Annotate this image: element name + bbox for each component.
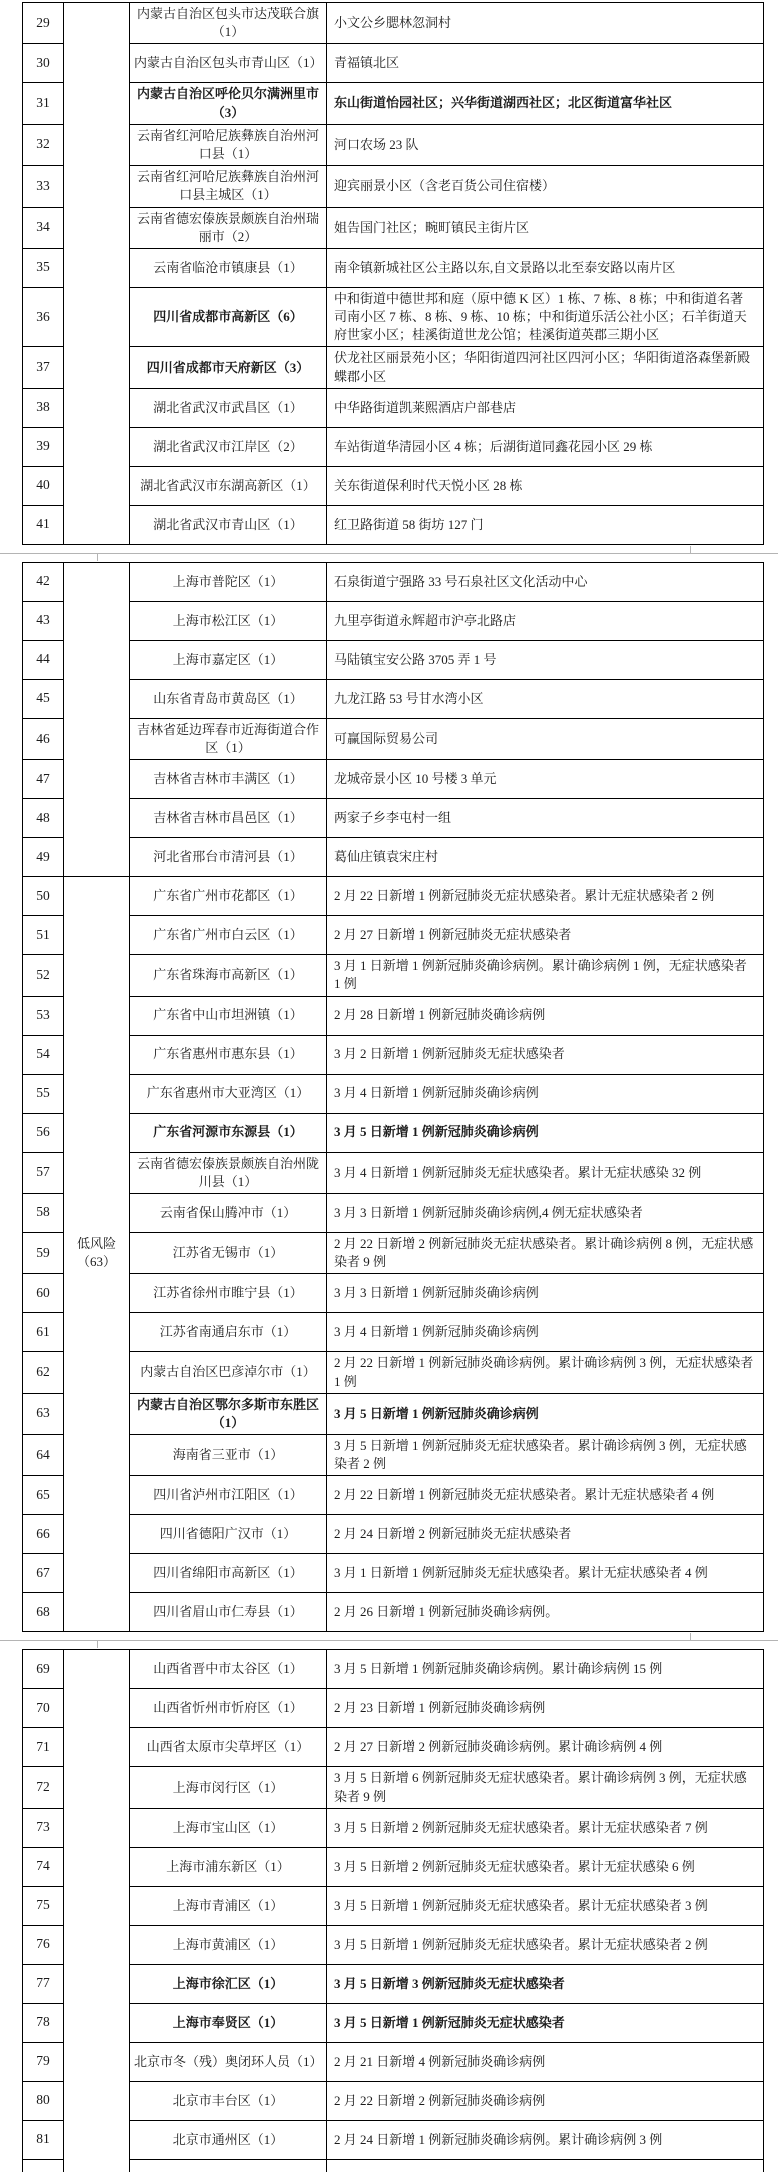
location-cell: 内蒙古自治区呼伦贝尔满洲里市（3） bbox=[130, 83, 327, 124]
detail-cell: 2 月 27 日新增 2 例新冠肺炎确诊病例。累计确诊病例 4 例 bbox=[327, 1728, 764, 1767]
table-row: 81 北京市通州区（1） 2 月 24 日新增 1 例新冠肺炎确诊病例。累计确诊… bbox=[23, 2120, 764, 2159]
location-cell: 江苏省南通启东市（1） bbox=[130, 1313, 327, 1352]
row-number-cell: 79 bbox=[23, 2042, 64, 2081]
table-row: 55 广东省惠州市大亚湾区（1） 3 月 4 日新增 1 例新冠肺炎确诊病例 bbox=[23, 1074, 764, 1113]
risk-category-cell bbox=[64, 1689, 130, 1728]
location-cell: 广东省河源市东源县（1） bbox=[130, 1113, 327, 1152]
location-cell: 湖北省武汉市青山区（1） bbox=[130, 505, 327, 544]
table-row: 56 广东省河源市东源县（1） 3 月 5 日新增 1 例新冠肺炎确诊病例 bbox=[23, 1113, 764, 1152]
risk-category-cell bbox=[64, 760, 130, 799]
risk-category-cell bbox=[64, 1886, 130, 1925]
table-row: 67 四川省绵阳市高新区（1） 3 月 1 日新增 1 例新冠肺炎无症状感染者。… bbox=[23, 1554, 764, 1593]
table-row: 64 海南省三亚市（1） 3 月 5 日新增 1 例新冠肺炎无症状感染者。累计确… bbox=[23, 1435, 764, 1476]
risk-category-cell bbox=[64, 1554, 130, 1593]
page-break-marker bbox=[0, 1632, 778, 1649]
risk-category-cell bbox=[64, 799, 130, 838]
row-number-cell: 61 bbox=[23, 1313, 64, 1352]
risk-category-cell bbox=[64, 83, 130, 124]
detail-cell: 3 月 4 日新增 1 例新冠肺炎确诊病例 bbox=[327, 1074, 764, 1113]
location-cell: 四川省成都市天府新区（3） bbox=[130, 347, 327, 388]
table-row: 53 广东省中山市坦洲镇（1） 2 月 28 日新增 1 例新冠肺炎确诊病例 bbox=[23, 996, 764, 1035]
detail-cell: 3 月 5 日新增 1 例新冠肺炎无症状感染者。累计无症状感染者 2 例 bbox=[327, 1925, 764, 1964]
detail-cell: 2 月 24 日新增 2 例新冠肺炎无症状感染者 bbox=[327, 1515, 764, 1554]
table-row: 40 湖北省武汉市东湖高新区（1） 关东街道保利时代天悦小区 28 栋 bbox=[23, 466, 764, 505]
row-number-cell: 58 bbox=[23, 1193, 64, 1232]
location-cell: 湖北省武汉市武昌区（1） bbox=[130, 388, 327, 427]
detail-cell: 东山街道怡园社区；兴华街道湖西社区；北区街道富华社区 bbox=[327, 83, 764, 124]
page-break-line bbox=[0, 1640, 778, 1641]
page-break-line bbox=[0, 553, 778, 554]
detail-cell: 3 月 5 日新增 6 例新冠肺炎无症状感染者。累计确诊病例 3 例，无症状感染… bbox=[327, 1767, 764, 1808]
detail-cell: 伏龙社区丽景苑小区；华阳街道四河社区四河小区；华阳街道洛森堡新殿蝶郡小区 bbox=[327, 347, 764, 388]
detail-cell: 3 月 4 日新增 1 例新冠肺炎无症状感染者。累计无症状感染 32 例 bbox=[327, 1152, 764, 1193]
page-break-marker bbox=[0, 545, 778, 562]
table-row: 31 内蒙古自治区呼伦贝尔满洲里市（3） 东山街道怡园社区；兴华街道湖西社区；北… bbox=[23, 83, 764, 124]
risk-category-cell bbox=[64, 388, 130, 427]
location-cell: 北京市丰台区（1） bbox=[130, 2081, 327, 2120]
risk-category-cell bbox=[64, 1515, 130, 1554]
detail-cell: 3 月 5 日新增 2 例新冠肺炎无症状感染者。累计无症状感染 6 例 bbox=[327, 1847, 764, 1886]
table-row: 71 山西省太原市尖草坪区（1） 2 月 27 日新增 2 例新冠肺炎确诊病例。… bbox=[23, 1728, 764, 1767]
table-row: 42 上海市普陀区（1） 石泉街道宁强路 33 号石泉社区文化活动中心 bbox=[23, 562, 764, 601]
location-cell: 上海市徐汇区（1） bbox=[130, 1964, 327, 2003]
detail-cell: 2 月 26 日新增 1 例新冠肺炎确诊病例。 bbox=[327, 1593, 764, 1632]
row-number-cell: 49 bbox=[23, 838, 64, 877]
detail-cell: 姐告国门社区；畹町镇民主街片区 bbox=[327, 207, 764, 248]
location-cell: 广东省珠海市高新区（1） bbox=[130, 955, 327, 996]
detail-cell: 石泉街道宁强路 33 号石泉社区文化活动中心 bbox=[327, 562, 764, 601]
risk-category-cell bbox=[64, 1925, 130, 1964]
location-cell: 吉林省吉林市昌邑区（1） bbox=[130, 799, 327, 838]
detail-cell bbox=[327, 2159, 764, 2172]
location-cell bbox=[130, 2159, 327, 2172]
detail-cell: 龙城帝景小区 10 号楼 3 单元 bbox=[327, 760, 764, 799]
row-number-cell: 38 bbox=[23, 388, 64, 427]
table-row: 47 吉林省吉林市丰满区（1） 龙城帝景小区 10 号楼 3 单元 bbox=[23, 760, 764, 799]
row-number-cell: 62 bbox=[23, 1352, 64, 1393]
row-number-cell: 44 bbox=[23, 640, 64, 679]
location-cell: 云南省红河哈尼族彝族自治州河口县（1） bbox=[130, 124, 327, 165]
table-row: 63 内蒙古自治区鄂尔多斯市东胜区（1） 3 月 5 日新增 1 例新冠肺炎确诊… bbox=[23, 1393, 764, 1434]
location-cell: 海南省三亚市（1） bbox=[130, 1435, 327, 1476]
location-cell: 湖北省武汉市江岸区（2） bbox=[130, 427, 327, 466]
table-row: 36 四川省成都市高新区（6） 中和街道中德世邦和庭（原中德 K 区）1 栋、7… bbox=[23, 287, 764, 347]
risk-category-cell bbox=[64, 427, 130, 466]
row-number-cell bbox=[23, 2159, 64, 2172]
detail-cell: 小文公乡腮林忽洞村 bbox=[327, 3, 764, 44]
location-cell: 河北省邢台市清河县（1） bbox=[130, 838, 327, 877]
detail-cell: 九里亭街道永辉超市沪亭北路店 bbox=[327, 601, 764, 640]
location-cell: 云南省红河哈尼族彝族自治州河口县主城区（1） bbox=[130, 166, 327, 207]
risk-category-cell bbox=[64, 877, 130, 916]
document-page: 29 内蒙古自治区包头市达茂联合旗（1） 小文公乡腮林忽洞村 30 内蒙古自治区… bbox=[0, 0, 778, 2172]
risk-category-cell bbox=[64, 166, 130, 207]
location-cell: 山东省青岛市黄岛区（1） bbox=[130, 679, 327, 718]
row-number-cell: 33 bbox=[23, 166, 64, 207]
detail-cell: 3 月 5 日新增 1 例新冠肺炎无症状感染者。累计确诊病例 3 例，无症状感染… bbox=[327, 1435, 764, 1476]
location-cell: 北京市冬（残）奥闭环人员（1） bbox=[130, 2042, 327, 2081]
location-cell: 广东省广州市白云区（1） bbox=[130, 916, 327, 955]
row-number-cell: 45 bbox=[23, 679, 64, 718]
location-cell: 湖北省武汉市东湖高新区（1） bbox=[130, 466, 327, 505]
detail-cell: 中华路街道凯莱熙酒店户部巷店 bbox=[327, 388, 764, 427]
location-cell: 上海市宝山区（1） bbox=[130, 1808, 327, 1847]
detail-cell: 可赢国际贸易公司 bbox=[327, 718, 764, 759]
table-row: 30 内蒙古自治区包头市青山区（1） 青福镇北区 bbox=[23, 44, 764, 83]
location-cell: 云南省德宏傣族景颇族自治州瑞丽市（2） bbox=[130, 207, 327, 248]
risk-category-cell bbox=[64, 466, 130, 505]
table-row: 46 吉林省延边珲春市近海街道合作区（1） 可赢国际贸易公司 bbox=[23, 718, 764, 759]
page-break-tick-left bbox=[97, 553, 98, 561]
detail-cell: 3 月 5 日新增 1 例新冠肺炎确诊病例 bbox=[327, 1113, 764, 1152]
detail-cell: 河口农场 23 队 bbox=[327, 124, 764, 165]
row-number-cell: 51 bbox=[23, 916, 64, 955]
detail-cell: 2 月 28 日新增 1 例新冠肺炎确诊病例 bbox=[327, 996, 764, 1035]
location-cell: 广东省广州市花都区（1） bbox=[130, 877, 327, 916]
risk-category-cell bbox=[64, 505, 130, 544]
row-number-cell: 47 bbox=[23, 760, 64, 799]
location-cell: 上海市闵行区（1） bbox=[130, 1767, 327, 1808]
row-number-cell: 64 bbox=[23, 1435, 64, 1476]
row-number-cell: 48 bbox=[23, 799, 64, 838]
location-cell: 四川省绵阳市高新区（1） bbox=[130, 1554, 327, 1593]
table-row: 61 江苏省南通启东市（1） 3 月 4 日新增 1 例新冠肺炎确诊病例 bbox=[23, 1313, 764, 1352]
row-number-cell: 53 bbox=[23, 996, 64, 1035]
risk-category-cell bbox=[64, 1593, 130, 1632]
risk-category-cell bbox=[64, 1476, 130, 1515]
detail-cell: 3 月 1 日新增 1 例新冠肺炎确诊病例。累计确诊病例 1 例，无症状感染者 … bbox=[327, 955, 764, 996]
location-cell: 内蒙古自治区包头市青山区（1） bbox=[130, 44, 327, 83]
table-row: 39 湖北省武汉市江岸区（2） 车站街道华清园小区 4 栋；后湖街道同鑫花园小区… bbox=[23, 427, 764, 466]
location-cell: 广东省中山市坦洲镇（1） bbox=[130, 996, 327, 1035]
location-cell: 云南省临沧市镇康县（1） bbox=[130, 248, 327, 287]
row-number-cell: 55 bbox=[23, 1074, 64, 1113]
row-number-cell: 76 bbox=[23, 1925, 64, 1964]
location-cell: 吉林省延边珲春市近海街道合作区（1） bbox=[130, 718, 327, 759]
risk-category-cell bbox=[64, 1313, 130, 1352]
risk-category-cell bbox=[64, 2159, 130, 2172]
detail-cell: 3 月 3 日新增 1 例新冠肺炎确诊病例 bbox=[327, 1274, 764, 1313]
table-row: 59 低风险 （63） 江苏省无锡市（1） 2 月 22 日新增 2 例新冠肺炎… bbox=[23, 1232, 764, 1273]
table-row: 43 上海市松江区（1） 九里亭街道永辉超市沪亭北路店 bbox=[23, 601, 764, 640]
location-cell: 上海市奉贤区（1） bbox=[130, 2003, 327, 2042]
risk-area-table-segment-2: 42 上海市普陀区（1） 石泉街道宁强路 33 号石泉社区文化活动中心 43 上… bbox=[22, 562, 764, 1633]
location-cell: 四川省德阳广汉市（1） bbox=[130, 1515, 327, 1554]
table-row bbox=[23, 2159, 764, 2172]
detail-cell: 南伞镇新城社区公主路以东,自文景路以北至泰安路以南片区 bbox=[327, 248, 764, 287]
detail-cell: 2 月 21 日新增 4 例新冠肺炎确诊病例 bbox=[327, 2042, 764, 2081]
table-row: 54 广东省惠州市惠东县（1） 3 月 2 日新增 1 例新冠肺炎无症状感染者 bbox=[23, 1035, 764, 1074]
detail-cell: 2 月 22 日新增 2 例新冠肺炎确诊病例 bbox=[327, 2081, 764, 2120]
table-row: 65 四川省泸州市江阳区（1） 2 月 22 日新增 1 例新冠肺炎无症状感染者… bbox=[23, 1476, 764, 1515]
row-number-cell: 35 bbox=[23, 248, 64, 287]
row-number-cell: 59 bbox=[23, 1232, 64, 1273]
detail-cell: 3 月 5 日新增 3 例新冠肺炎无症状感染者 bbox=[327, 1964, 764, 2003]
risk-category-cell bbox=[64, 3, 130, 44]
table-row: 58 云南省保山腾冲市（1） 3 月 3 日新增 1 例新冠肺炎确诊病例,4 例… bbox=[23, 1193, 764, 1232]
table-row: 77 上海市徐汇区（1） 3 月 5 日新增 3 例新冠肺炎无症状感染者 bbox=[23, 1964, 764, 2003]
detail-cell: 2 月 23 日新增 1 例新冠肺炎确诊病例 bbox=[327, 1689, 764, 1728]
row-number-cell: 65 bbox=[23, 1476, 64, 1515]
table-row: 51 广东省广州市白云区（1） 2 月 27 日新增 1 例新冠肺炎无症状感染者 bbox=[23, 916, 764, 955]
row-number-cell: 52 bbox=[23, 955, 64, 996]
table-row: 80 北京市丰台区（1） 2 月 22 日新增 2 例新冠肺炎确诊病例 bbox=[23, 2081, 764, 2120]
table-row: 52 广东省珠海市高新区（1） 3 月 1 日新增 1 例新冠肺炎确诊病例。累计… bbox=[23, 955, 764, 996]
detail-cell: 2 月 22 日新增 1 例新冠肺炎无症状感染者。累计无症状感染者 2 例 bbox=[327, 877, 764, 916]
table-segment-3-wrap: 69 山西省晋中市太谷区（1） 3 月 5 日新增 1 例新冠肺炎确诊病例。累计… bbox=[0, 1649, 778, 2171]
row-number-cell: 56 bbox=[23, 1113, 64, 1152]
table-row: 50 广东省广州市花都区（1） 2 月 22 日新增 1 例新冠肺炎无症状感染者… bbox=[23, 877, 764, 916]
detail-cell: 中和街道中德世邦和庭（原中德 K 区）1 栋、7 栋、8 栋；中和街道名著司南小… bbox=[327, 287, 764, 347]
table-row: 48 吉林省吉林市昌邑区（1） 两家子乡李屯村一组 bbox=[23, 799, 764, 838]
row-number-cell: 67 bbox=[23, 1554, 64, 1593]
row-number-cell: 68 bbox=[23, 1593, 64, 1632]
risk-category-cell bbox=[64, 1193, 130, 1232]
location-cell: 广东省惠州市大亚湾区（1） bbox=[130, 1074, 327, 1113]
detail-cell: 3 月 5 日新增 1 例新冠肺炎无症状感染者。累计无症状感染者 3 例 bbox=[327, 1886, 764, 1925]
risk-category-cell bbox=[64, 1035, 130, 1074]
risk-category-cell bbox=[64, 838, 130, 877]
row-number-cell: 74 bbox=[23, 1847, 64, 1886]
risk-category-cell bbox=[64, 44, 130, 83]
risk-category-cell bbox=[64, 916, 130, 955]
risk-category-cell bbox=[64, 1393, 130, 1434]
risk-category-cell bbox=[64, 601, 130, 640]
table-row: 76 上海市黄浦区（1） 3 月 5 日新增 1 例新冠肺炎无症状感染者。累计无… bbox=[23, 1925, 764, 1964]
row-number-cell: 72 bbox=[23, 1767, 64, 1808]
location-cell: 上海市普陀区（1） bbox=[130, 562, 327, 601]
location-cell: 云南省保山腾冲市（1） bbox=[130, 1193, 327, 1232]
row-number-cell: 50 bbox=[23, 877, 64, 916]
table-row: 33 云南省红河哈尼族彝族自治州河口县主城区（1） 迎宾丽景小区（含老百货公司住… bbox=[23, 166, 764, 207]
risk-category-cell bbox=[64, 287, 130, 347]
risk-category-cell bbox=[64, 1152, 130, 1193]
detail-cell: 迎宾丽景小区（含老百货公司住宿楼） bbox=[327, 166, 764, 207]
location-cell: 山西省忻州市忻府区（1） bbox=[130, 1689, 327, 1728]
row-number-cell: 41 bbox=[23, 505, 64, 544]
detail-cell: 3 月 4 日新增 1 例新冠肺炎确诊病例 bbox=[327, 1313, 764, 1352]
row-number-cell: 69 bbox=[23, 1650, 64, 1689]
location-cell: 四川省泸州市江阳区（1） bbox=[130, 1476, 327, 1515]
row-number-cell: 37 bbox=[23, 347, 64, 388]
detail-cell: 2 月 22 日新增 1 例新冠肺炎无症状感染者。累计无症状感染者 4 例 bbox=[327, 1476, 764, 1515]
table-row: 68 四川省眉山市仁寿县（1） 2 月 26 日新增 1 例新冠肺炎确诊病例。 bbox=[23, 1593, 764, 1632]
risk-area-table-segment-3: 69 山西省晋中市太谷区（1） 3 月 5 日新增 1 例新冠肺炎确诊病例。累计… bbox=[22, 1649, 764, 2171]
page-break-tick-left bbox=[97, 1640, 98, 1648]
risk-category-cell bbox=[64, 955, 130, 996]
table-row: 62 内蒙古自治区巴彦淖尔市（1） 2 月 22 日新增 1 例新冠肺炎确诊病例… bbox=[23, 1352, 764, 1393]
row-number-cell: 39 bbox=[23, 427, 64, 466]
location-cell: 北京市通州区（1） bbox=[130, 2120, 327, 2159]
location-cell: 内蒙古自治区鄂尔多斯市东胜区（1） bbox=[130, 1393, 327, 1434]
detail-cell: 3 月 1 日新增 1 例新冠肺炎无症状感染者。累计无症状感染者 4 例 bbox=[327, 1554, 764, 1593]
row-number-cell: 73 bbox=[23, 1808, 64, 1847]
location-cell: 山西省太原市尖草坪区（1） bbox=[130, 1728, 327, 1767]
location-cell: 内蒙古自治区巴彦淖尔市（1） bbox=[130, 1352, 327, 1393]
row-number-cell: 77 bbox=[23, 1964, 64, 2003]
page-break-tick-right bbox=[690, 546, 691, 554]
risk-category-cell bbox=[64, 207, 130, 248]
page-break-tick-right bbox=[690, 1633, 691, 1641]
location-cell: 四川省眉山市仁寿县（1） bbox=[130, 1593, 327, 1632]
table-segment-2-wrap: 42 上海市普陀区（1） 石泉街道宁强路 33 号石泉社区文化活动中心 43 上… bbox=[0, 562, 778, 1633]
risk-category-cell bbox=[64, 996, 130, 1035]
detail-cell: 红卫路街道 58 街坊 127 门 bbox=[327, 505, 764, 544]
risk-category-cell bbox=[64, 2120, 130, 2159]
table-row: 74 上海市浦东新区（1） 3 月 5 日新增 2 例新冠肺炎无症状感染者。累计… bbox=[23, 1847, 764, 1886]
risk-category-cell bbox=[64, 347, 130, 388]
location-cell: 四川省成都市高新区（6） bbox=[130, 287, 327, 347]
table-row: 60 江苏省徐州市睢宁县（1） 3 月 3 日新增 1 例新冠肺炎确诊病例 bbox=[23, 1274, 764, 1313]
table-row: 72 上海市闵行区（1） 3 月 5 日新增 6 例新冠肺炎无症状感染者。累计确… bbox=[23, 1767, 764, 1808]
table-row: 73 上海市宝山区（1） 3 月 5 日新增 2 例新冠肺炎无症状感染者。累计无… bbox=[23, 1808, 764, 1847]
location-cell: 上海市浦东新区（1） bbox=[130, 1847, 327, 1886]
location-cell: 江苏省无锡市（1） bbox=[130, 1232, 327, 1273]
row-number-cell: 29 bbox=[23, 3, 64, 44]
row-number-cell: 57 bbox=[23, 1152, 64, 1193]
row-number-cell: 46 bbox=[23, 718, 64, 759]
row-number-cell: 30 bbox=[23, 44, 64, 83]
location-cell: 上海市黄浦区（1） bbox=[130, 1925, 327, 1964]
risk-category-cell bbox=[64, 679, 130, 718]
table-segment-1-wrap: 29 内蒙古自治区包头市达茂联合旗（1） 小文公乡腮林忽洞村 30 内蒙古自治区… bbox=[0, 2, 778, 545]
row-number-cell: 66 bbox=[23, 1515, 64, 1554]
risk-category-cell bbox=[64, 1074, 130, 1113]
row-number-cell: 78 bbox=[23, 2003, 64, 2042]
risk-category-cell bbox=[64, 2042, 130, 2081]
row-number-cell: 42 bbox=[23, 562, 64, 601]
location-cell: 云南省德宏傣族景颇族自治州陇川县（1） bbox=[130, 1152, 327, 1193]
risk-category-cell bbox=[64, 248, 130, 287]
detail-cell: 3 月 5 日新增 1 例新冠肺炎确诊病例。累计确诊病例 15 例 bbox=[327, 1650, 764, 1689]
detail-cell: 2 月 22 日新增 1 例新冠肺炎确诊病例。累计确诊病例 3 例，无症状感染者… bbox=[327, 1352, 764, 1393]
risk-category-cell bbox=[64, 1113, 130, 1152]
risk-category-cell bbox=[64, 1352, 130, 1393]
table-row: 32 云南省红河哈尼族彝族自治州河口县（1） 河口农场 23 队 bbox=[23, 124, 764, 165]
table-row: 29 内蒙古自治区包头市达茂联合旗（1） 小文公乡腮林忽洞村 bbox=[23, 3, 764, 44]
row-number-cell: 75 bbox=[23, 1886, 64, 1925]
detail-cell: 青福镇北区 bbox=[327, 44, 764, 83]
risk-category-cell bbox=[64, 2081, 130, 2120]
detail-cell: 3 月 3 日新增 1 例新冠肺炎确诊病例,4 例无症状感染者 bbox=[327, 1193, 764, 1232]
detail-cell: 关东街道保利时代天悦小区 28 栋 bbox=[327, 466, 764, 505]
row-number-cell: 63 bbox=[23, 1393, 64, 1434]
table-row: 78 上海市奉贤区（1） 3 月 5 日新增 1 例新冠肺炎无症状感染者 bbox=[23, 2003, 764, 2042]
location-cell: 内蒙古自治区包头市达茂联合旗（1） bbox=[130, 3, 327, 44]
row-number-cell: 70 bbox=[23, 1689, 64, 1728]
risk-category-cell bbox=[64, 562, 130, 601]
row-number-cell: 31 bbox=[23, 83, 64, 124]
risk-category-cell: 低风险 （63） bbox=[64, 1232, 130, 1273]
table-row: 57 云南省德宏傣族景颇族自治州陇川县（1） 3 月 4 日新增 1 例新冠肺炎… bbox=[23, 1152, 764, 1193]
row-number-cell: 54 bbox=[23, 1035, 64, 1074]
detail-cell: 九龙江路 53 号甘水湾小区 bbox=[327, 679, 764, 718]
row-number-cell: 43 bbox=[23, 601, 64, 640]
risk-category-cell bbox=[64, 1650, 130, 1689]
table-row: 66 四川省德阳广汉市（1） 2 月 24 日新增 2 例新冠肺炎无症状感染者 bbox=[23, 1515, 764, 1554]
risk-category-cell bbox=[64, 1728, 130, 1767]
table-row: 37 四川省成都市天府新区（3） 伏龙社区丽景苑小区；华阳街道四河社区四河小区；… bbox=[23, 347, 764, 388]
detail-cell: 2 月 24 日新增 1 例新冠肺炎确诊病例。累计确诊病例 3 例 bbox=[327, 2120, 764, 2159]
detail-cell: 车站街道华清园小区 4 栋；后湖街道同鑫花园小区 29 栋 bbox=[327, 427, 764, 466]
row-number-cell: 80 bbox=[23, 2081, 64, 2120]
risk-category-cell bbox=[64, 2003, 130, 2042]
detail-cell: 葛仙庄镇袁宋庄村 bbox=[327, 838, 764, 877]
risk-category-cell bbox=[64, 718, 130, 759]
table-row: 70 山西省忻州市忻府区（1） 2 月 23 日新增 1 例新冠肺炎确诊病例 bbox=[23, 1689, 764, 1728]
table-row: 69 山西省晋中市太谷区（1） 3 月 5 日新增 1 例新冠肺炎确诊病例。累计… bbox=[23, 1650, 764, 1689]
location-cell: 上海市松江区（1） bbox=[130, 601, 327, 640]
detail-cell: 马陆镇宝安公路 3705 弄 1 号 bbox=[327, 640, 764, 679]
detail-cell: 3 月 2 日新增 1 例新冠肺炎无症状感染者 bbox=[327, 1035, 764, 1074]
table-row: 45 山东省青岛市黄岛区（1） 九龙江路 53 号甘水湾小区 bbox=[23, 679, 764, 718]
detail-cell: 两家子乡李屯村一组 bbox=[327, 799, 764, 838]
location-cell: 上海市青浦区（1） bbox=[130, 1886, 327, 1925]
table-row: 44 上海市嘉定区（1） 马陆镇宝安公路 3705 弄 1 号 bbox=[23, 640, 764, 679]
table-row: 79 北京市冬（残）奥闭环人员（1） 2 月 21 日新增 4 例新冠肺炎确诊病… bbox=[23, 2042, 764, 2081]
location-cell: 广东省惠州市惠东县（1） bbox=[130, 1035, 327, 1074]
location-cell: 上海市嘉定区（1） bbox=[130, 640, 327, 679]
row-number-cell: 81 bbox=[23, 2120, 64, 2159]
risk-category-cell bbox=[64, 1435, 130, 1476]
row-number-cell: 34 bbox=[23, 207, 64, 248]
risk-category-cell bbox=[64, 1847, 130, 1886]
table-row: 35 云南省临沧市镇康县（1） 南伞镇新城社区公主路以东,自文景路以北至泰安路以… bbox=[23, 248, 764, 287]
row-number-cell: 36 bbox=[23, 287, 64, 347]
risk-category-cell bbox=[64, 1274, 130, 1313]
risk-category-cell bbox=[64, 1964, 130, 2003]
table-row: 34 云南省德宏傣族景颇族自治州瑞丽市（2） 姐告国门社区；畹町镇民主街片区 bbox=[23, 207, 764, 248]
risk-area-table-segment-1: 29 内蒙古自治区包头市达茂联合旗（1） 小文公乡腮林忽洞村 30 内蒙古自治区… bbox=[22, 2, 764, 545]
risk-category-cell bbox=[64, 640, 130, 679]
detail-cell: 3 月 5 日新增 1 例新冠肺炎无症状感染者 bbox=[327, 2003, 764, 2042]
location-cell: 山西省晋中市太谷区（1） bbox=[130, 1650, 327, 1689]
location-cell: 吉林省吉林市丰满区（1） bbox=[130, 760, 327, 799]
table-row: 75 上海市青浦区（1） 3 月 5 日新增 1 例新冠肺炎无症状感染者。累计无… bbox=[23, 1886, 764, 1925]
table-row: 41 湖北省武汉市青山区（1） 红卫路街道 58 街坊 127 门 bbox=[23, 505, 764, 544]
detail-cell: 2 月 27 日新增 1 例新冠肺炎无症状感染者 bbox=[327, 916, 764, 955]
row-number-cell: 71 bbox=[23, 1728, 64, 1767]
detail-cell: 2 月 22 日新增 2 例新冠肺炎无症状感染者。累计确诊病例 8 例，无症状感… bbox=[327, 1232, 764, 1273]
row-number-cell: 32 bbox=[23, 124, 64, 165]
risk-category-cell bbox=[64, 1767, 130, 1808]
risk-category-cell bbox=[64, 1808, 130, 1847]
detail-cell: 3 月 5 日新增 1 例新冠肺炎确诊病例 bbox=[327, 1393, 764, 1434]
row-number-cell: 60 bbox=[23, 1274, 64, 1313]
table-row: 49 河北省邢台市清河县（1） 葛仙庄镇袁宋庄村 bbox=[23, 838, 764, 877]
risk-category-cell bbox=[64, 124, 130, 165]
row-number-cell: 40 bbox=[23, 466, 64, 505]
table-row: 38 湖北省武汉市武昌区（1） 中华路街道凯莱熙酒店户部巷店 bbox=[23, 388, 764, 427]
location-cell: 江苏省徐州市睢宁县（1） bbox=[130, 1274, 327, 1313]
detail-cell: 3 月 5 日新增 2 例新冠肺炎无症状感染者。累计无症状感染者 7 例 bbox=[327, 1808, 764, 1847]
